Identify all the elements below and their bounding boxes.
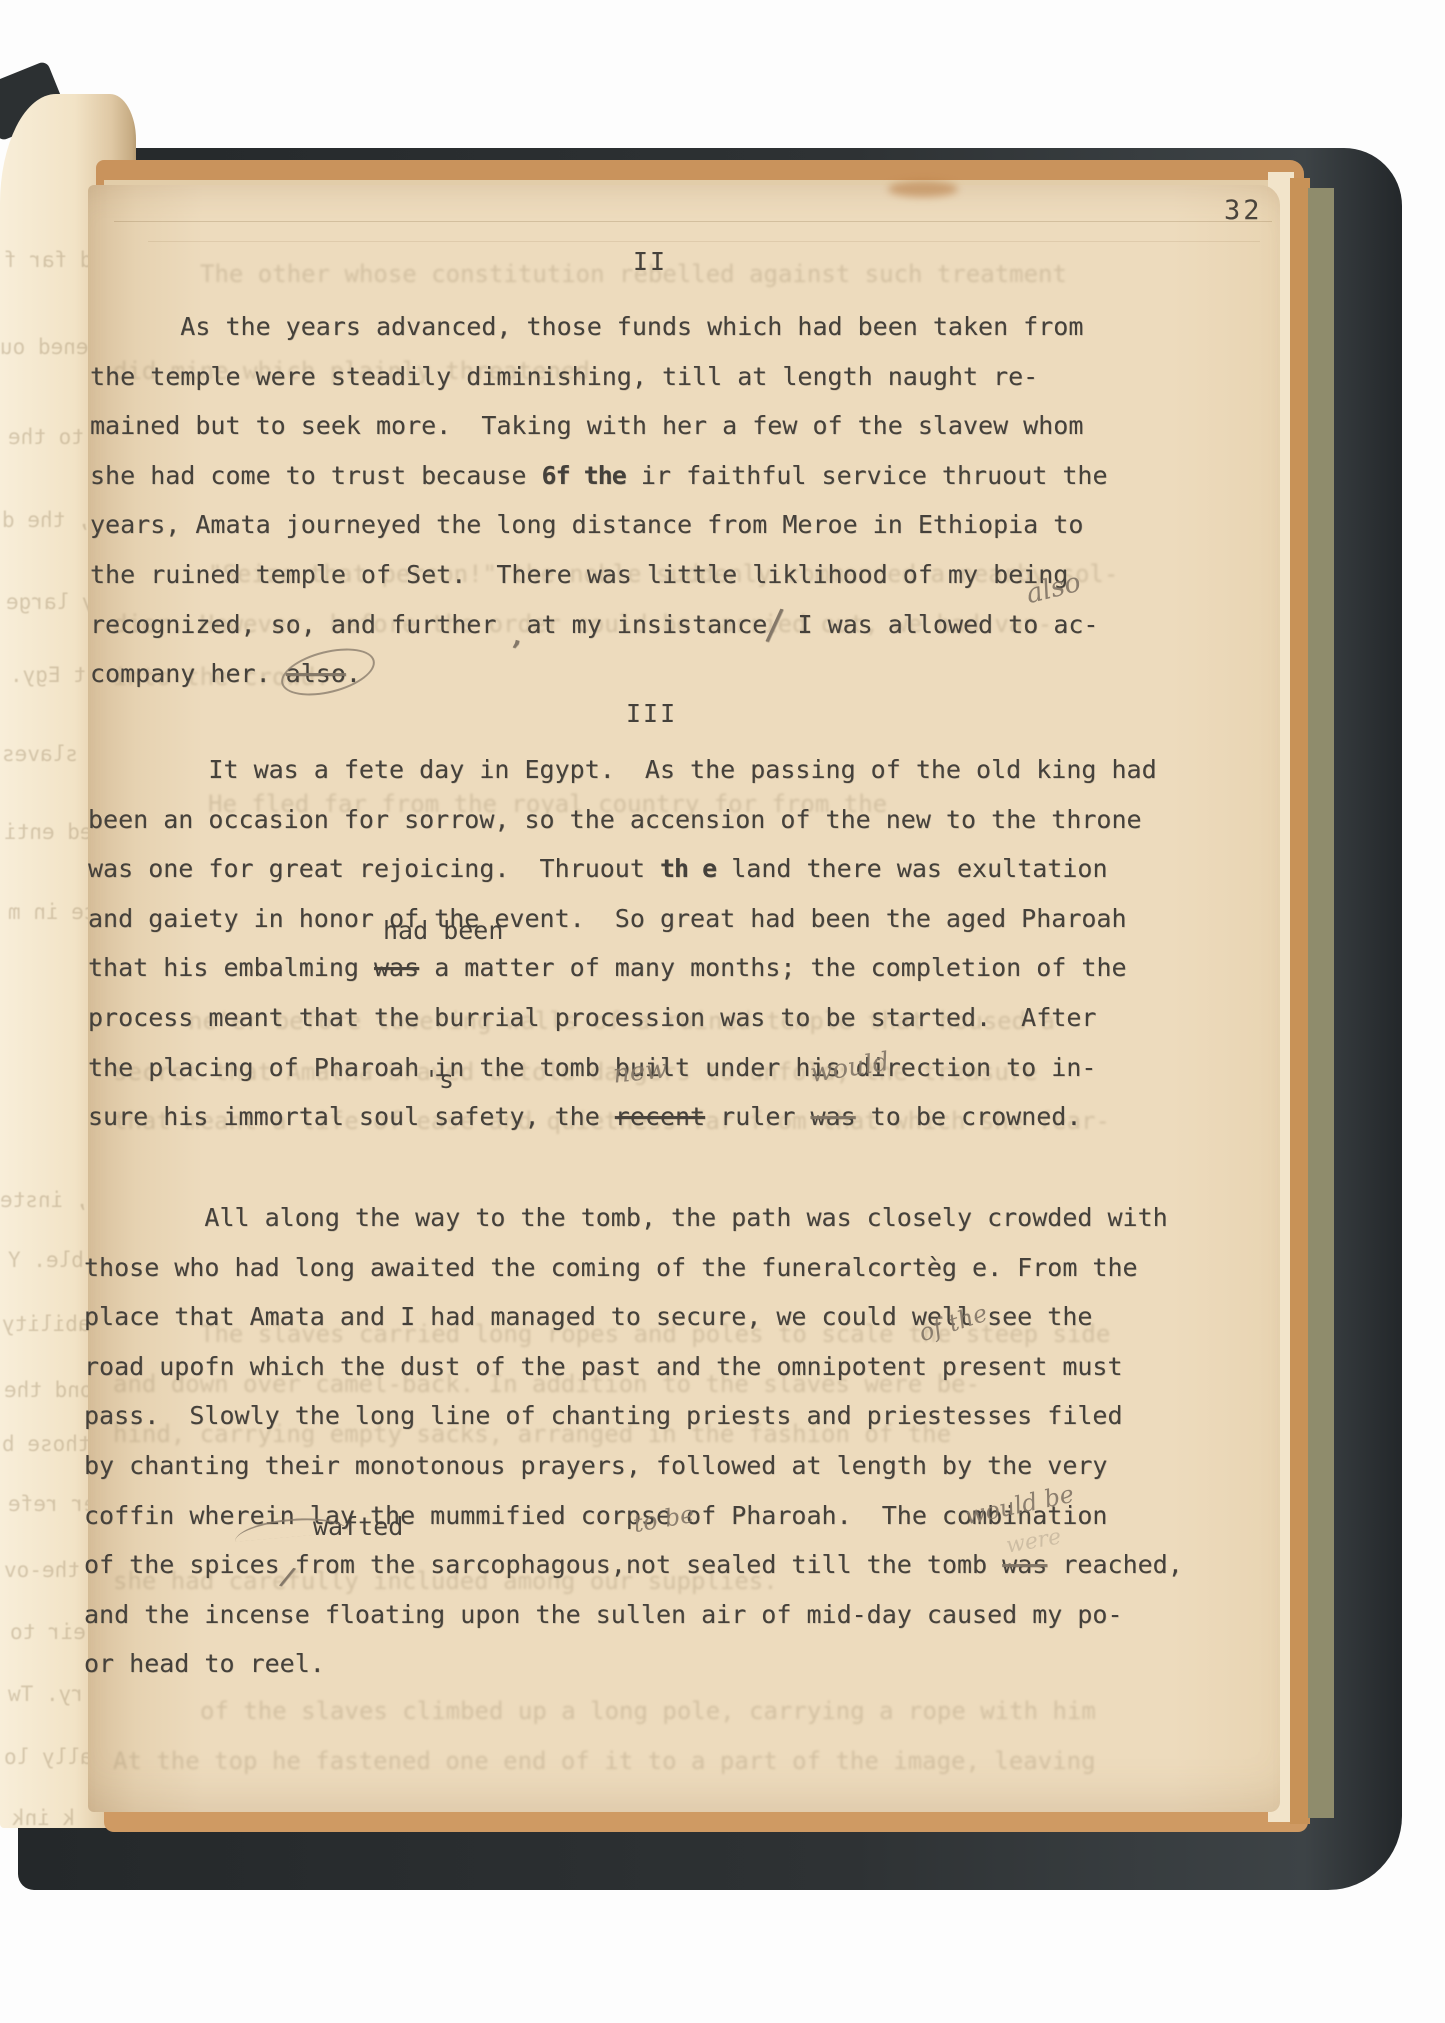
mirror-fragment: t Egy.: [10, 663, 86, 687]
mirror-fragment: ble. Y: [8, 1248, 84, 1272]
text-segment: ruler: [705, 1102, 810, 1131]
paragraph-1: As the years advanced, those funds which…: [90, 302, 1108, 699]
paragraph-3: All along the way to the tomb, the path …: [84, 1193, 1183, 1689]
text-segment: the placing of Pharoah in the tomb built…: [88, 1053, 1096, 1082]
text-segment: those who had long awaited the coming of…: [84, 1253, 1138, 1282]
text-segment: recent: [615, 1102, 705, 1131]
text-segment: that his embalming: [88, 953, 374, 982]
manuscript-page: The other whose constitution rebelled ag…: [88, 185, 1280, 1812]
typed-line: process meant that the burrial processio…: [88, 993, 1157, 1043]
text-segment: and the incense floating upon the sullen…: [84, 1600, 1123, 1629]
text-segment: a matter of many months; the completion …: [419, 953, 1126, 982]
typed-line: pass. Slowly the long line of chanting p…: [84, 1391, 1183, 1441]
typed-line: and gaiety in honor of the event. So gre…: [88, 894, 1157, 944]
typed-line: mained but to seek more. Taking with her…: [90, 401, 1108, 451]
ghost-fragment: of the slaves climbed up a long pole, ca…: [200, 1697, 1096, 1725]
typed-line: As the years advanced, those funds which…: [90, 302, 1108, 352]
typed-had-been: had been: [383, 916, 503, 945]
text-segment: by chanting their monotonous prayers, fo…: [84, 1451, 1108, 1480]
ghost-fragment: At the top he fastened one end of it to …: [113, 1747, 1096, 1775]
text-segment: was: [810, 1102, 855, 1131]
text-segment: was: [374, 953, 419, 982]
typed-line: been an occasion for sorrow, so the acce…: [88, 795, 1157, 845]
typed-apostrophe-s: 's: [424, 1065, 454, 1094]
mirror-fragment: ry. Tw: [8, 1682, 84, 1706]
typed-line: It was a fete day in Egypt. As the passi…: [88, 745, 1157, 795]
text-segment: It was a fete day in Egypt. As the passi…: [88, 755, 1157, 784]
typed-line: sure his immortal soul safety, the recen…: [88, 1092, 1157, 1142]
mirror-fragment: eir to: [10, 1620, 86, 1644]
text-segment: road upofn which the dust of the past an…: [84, 1352, 1123, 1381]
photo-backdrop: led far festened oug to there, the dmy l…: [0, 0, 1445, 2023]
text-segment: coffin wherein lay the mummified corpse …: [84, 1501, 1108, 1530]
text-segment: and gaiety in honor of the event. So gre…: [88, 904, 1127, 933]
typed-line: place that Amata and I had managed to se…: [84, 1292, 1183, 1342]
typed-line: years, Amata journeyed the long distance…: [90, 500, 1108, 550]
text-segment: 6f the: [542, 461, 626, 490]
text-segment: recognized, so, and further: [90, 610, 511, 639]
right-page-edge-olive: [1308, 188, 1334, 1818]
typed-line: by chanting their monotonous prayers, fo…: [84, 1441, 1183, 1491]
text-segment: been an occasion for sorrow, so the acce…: [88, 805, 1142, 834]
typed-line: the ruined temple of Set. There was litt…: [90, 550, 1108, 600]
text-segment: was one for great rejoicing. Thruout: [88, 854, 660, 883]
typed-line: All along the way to the tomb, the path …: [84, 1193, 1183, 1243]
typed-line: those who had long awaited the coming of…: [84, 1243, 1183, 1293]
text-segment: or head to reel.: [84, 1649, 325, 1678]
text-segment: land there was exultation: [716, 854, 1107, 883]
text-segment: from the sarcophagous,not sealed till th…: [295, 1550, 1002, 1579]
text-segment: she had come to trust because: [90, 461, 542, 490]
text-segment: As the years advanced, those funds which…: [90, 312, 1083, 341]
paper-stain: [888, 181, 958, 197]
text-segment: the ruined temple of Set. There was litt…: [90, 560, 1068, 589]
typed-line: company her. also.: [90, 649, 1108, 699]
typed-line: road upofn which the dust of the past an…: [84, 1342, 1183, 1392]
text-segment: reached,: [1047, 1550, 1182, 1579]
text-segment: pass. Slowly the long line of chanting p…: [84, 1401, 1123, 1430]
text-segment: the temple were steadily diminishing, ti…: [90, 362, 1038, 391]
text-segment: All along the way to the tomb, the path …: [84, 1203, 1168, 1232]
pencil-new: new: [612, 1054, 669, 1090]
section-heading-ii: II: [633, 247, 667, 276]
text-segment: years, Amata journeyed the long distance…: [90, 510, 1083, 539]
mirror-fragment: k ink: [12, 1806, 75, 1830]
text-segment: at my insistance: [527, 610, 768, 639]
text-segment: process meant that the burrial processio…: [88, 1003, 1096, 1032]
section-heading-iii: III: [626, 699, 677, 728]
text-segment: mained but to seek more. Taking with her…: [90, 411, 1083, 440]
typed-line: was one for great rejoicing. Thruout th …: [88, 844, 1157, 894]
typed-line: that his embalming was a matter of many …: [88, 943, 1157, 993]
mirror-fragment: ally lo: [4, 1745, 93, 1769]
right-page-edge-orange: [1290, 178, 1310, 1824]
text-segment: ir faithful service thruout the: [626, 461, 1108, 490]
typed-line: and the incense floating upon the sullen…: [84, 1590, 1183, 1640]
typed-line: the temple were steadily diminishing, ti…: [90, 352, 1108, 402]
page-number: 32: [1224, 195, 1263, 226]
mirror-fragment: ce in m: [8, 900, 97, 924]
text-segment: to be crowned.: [856, 1102, 1082, 1131]
typed-line: or head to reel.: [84, 1639, 1183, 1689]
typed-line: she had come to trust because 6f the ir …: [90, 451, 1108, 501]
text-segment: company her.: [90, 659, 286, 688]
text-segment: of the spices: [84, 1550, 280, 1579]
text-segment: th e: [660, 854, 716, 883]
text-segment: sure his immortal soul safety, the: [88, 1102, 615, 1131]
text-segment: I was allowed to ac-: [782, 610, 1098, 639]
typed-line: recognized, so, and further ,at my insis…: [90, 600, 1108, 650]
